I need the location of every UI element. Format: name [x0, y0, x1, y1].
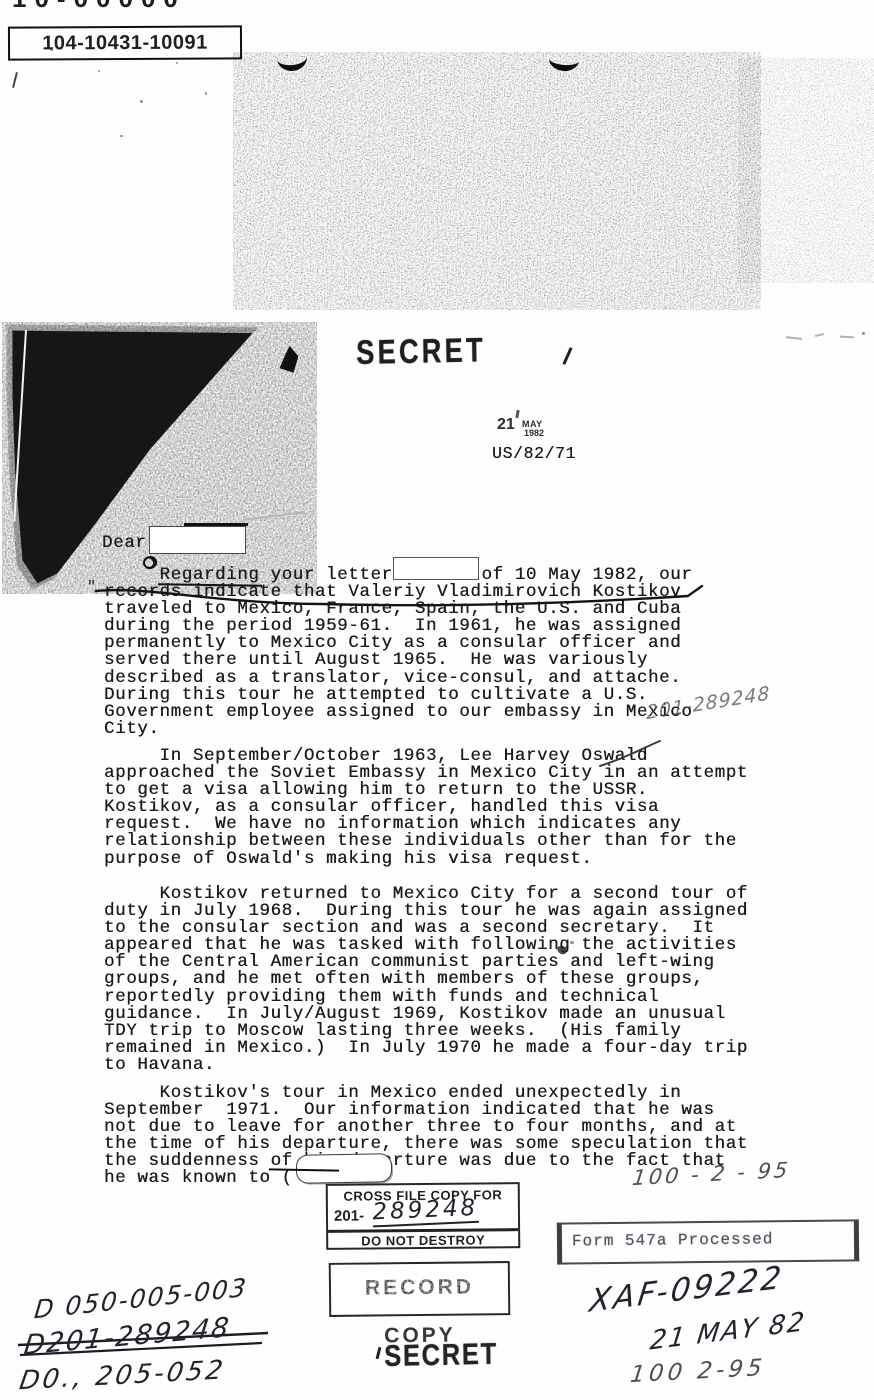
record-copy-stamp-box: RECORD COPY [329, 1261, 511, 1317]
cross-file-number-handwritten: 289248 [372, 1195, 479, 1228]
form-547a-stamp-box: Form 547a Processed [557, 1219, 859, 1264]
form-547a-text: Form 547a Processed [562, 1221, 854, 1250]
oswald-annotation-curve [600, 741, 660, 766]
secret-stamp-bottom: SECRET [384, 1338, 498, 1374]
cross-file-line3: DO NOT DESTROY [328, 1232, 518, 1249]
hand-swoosh-underline [96, 586, 702, 605]
cross-file-prefix: 201- [334, 1208, 364, 1225]
stamp-distress-noise [331, 1263, 509, 1315]
scanned-document: { "header": { "doc_id": "104-10431-10091… [0, 0, 874, 1400]
cross-file-stamp-box: CROSS FILE COPY FOR 201- 289248 DO NOT D… [326, 1182, 521, 1250]
